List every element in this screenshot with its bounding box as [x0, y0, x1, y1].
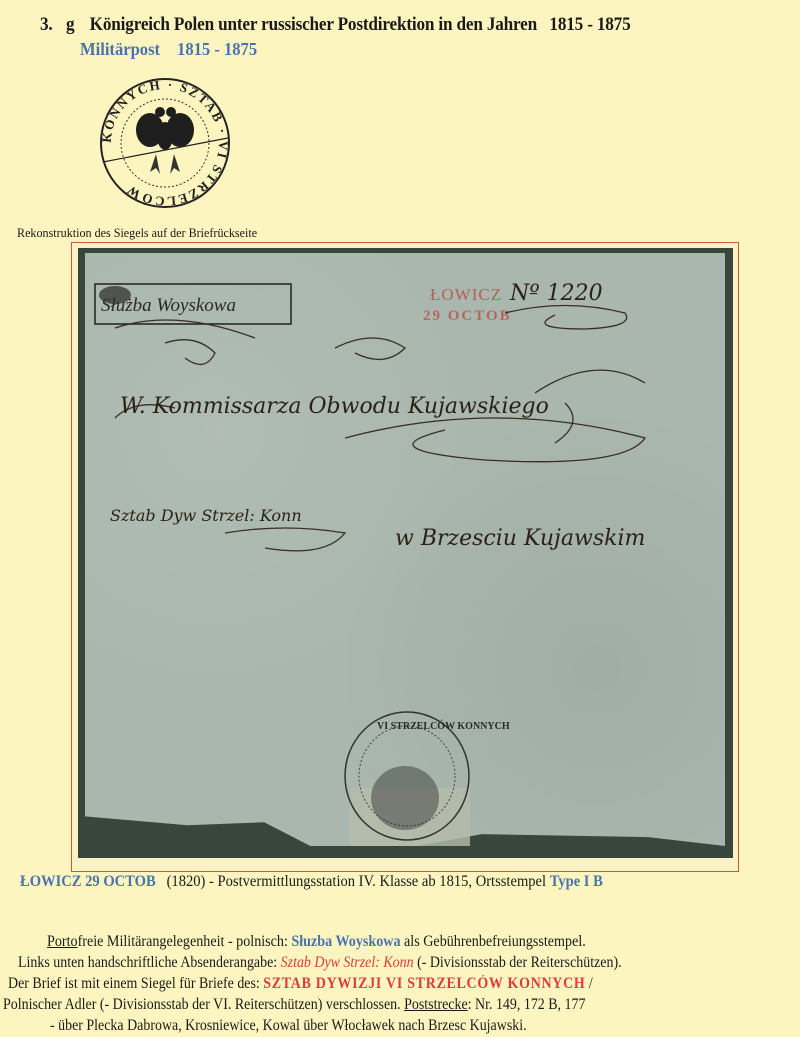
registration-number: Nº 1220: [509, 281, 603, 306]
title-years: 1815 - 1875: [549, 15, 630, 35]
eagle-icon: [136, 107, 194, 174]
caption-type: Type I B: [550, 873, 603, 890]
section-number: 3.: [40, 15, 53, 35]
caption-description: - Postvermittlungsstation IV. Klasse ab …: [209, 873, 550, 890]
description-line-3: Der Brief ist mit einem Siegel für Brief…: [8, 975, 593, 993]
page-subtitle: Militärpost 1815 - 1875: [80, 39, 257, 60]
section-letter: g: [66, 15, 74, 35]
description-line-5: - über Plecka Dabrowa, Krosniewice, Kowa…: [50, 1017, 527, 1035]
subtitle-text: Militärpost: [80, 39, 160, 59]
subtitle-years: 1815 - 1875: [177, 39, 257, 59]
page-title: 3. g Königreich Polen unter russischer P…: [40, 15, 631, 36]
box-stamp-text: Służba Woyskowa: [101, 295, 236, 316]
caption-year: (1820): [167, 873, 206, 890]
postmark-date: 29 OCTOB: [423, 308, 512, 324]
address-line-1: W. Kommissarza Obwodu Kujawskiego: [120, 394, 549, 419]
sender-note: Sztab Dyw Strzel: Konn: [110, 506, 302, 525]
description-line-1: Portofreie Militärangelegenheit - polnis…: [47, 933, 586, 951]
postmark-town: ŁOWICZ: [430, 285, 502, 304]
description-line-4: Polnischer Adler (- Divisionsstab der VI…: [3, 996, 585, 1014]
address-line-2: w Brzesciu Kujawskim: [395, 526, 645, 551]
box-stamp: Służba Woyskowa: [95, 284, 291, 324]
postmark: ŁOWICZ 29 OCTOB: [423, 285, 512, 324]
title-text: Königreich Polen unter russischer Postdi…: [90, 15, 537, 35]
description-line-2: Links unten handschriftliche Absenderang…: [18, 954, 622, 972]
letter-seal-text: VI STRZELCÓW KONNYCH: [377, 720, 510, 732]
seal-reconstruction-image: KONNYCH · SZTAB · VI STRZELCÓW: [98, 76, 232, 210]
letter-contents: Służba Woyskowa ŁOWICZ 29 OCTOB Nº 1220 …: [85, 253, 725, 846]
letter-seal: VI STRZELCÓW KONNYCH: [345, 712, 510, 846]
seal-caption: Rekonstruktion des Siegels auf der Brief…: [17, 225, 257, 241]
caption-postmark: ŁOWICZ 29 OCTOB: [20, 873, 156, 890]
postmark-caption: ŁOWICZ 29 OCTOB (1820) - Postvermittlung…: [20, 873, 603, 891]
